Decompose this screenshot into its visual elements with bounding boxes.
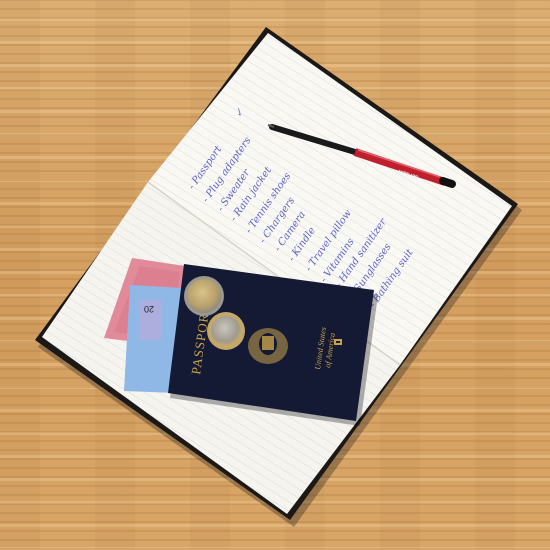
eagle-seal-icon <box>248 328 288 364</box>
biometric-chip-icon <box>334 339 342 345</box>
scene-svg: ✓ - Passport - Plug adapters - Sweater -… <box>0 0 550 550</box>
banknote-20-label: 20 <box>144 304 154 314</box>
coin-2-euro <box>184 276 224 316</box>
photo-scene: ✓ - Passport - Plug adapters - Sweater -… <box>0 0 550 550</box>
coin-1-euro <box>207 312 245 350</box>
